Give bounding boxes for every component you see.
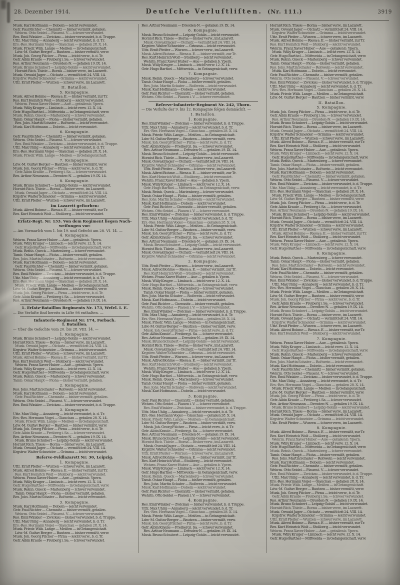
entry-block: Res. Johs. Martin Schäfer — Roßwein — le…: [13, 388, 137, 407]
entry-line: Gefr. Paul Richter — Chemnitz — bisher v…: [13, 396, 137, 400]
section-heading: II. Bataillon.: [13, 86, 137, 90]
regiment-header-line: Reſerve-Feldlazarett Nr. 30, Leipzig.: [13, 455, 137, 459]
section-heading: 1. Kompagnie.: [142, 118, 266, 122]
entry-line: Wehrm. Otto Seidel — Plauen i. V. — ſchw…: [13, 32, 137, 36]
entry-line: Musk. Joh. Georg Fiſcher — Pirna — leich…: [142, 141, 266, 145]
regiment-header: Infanterie-Regiment Nr. 174, Forbach.I. …: [13, 318, 137, 327]
entry-block: Musk. Alfred Böhme — Riesa a. E. — bishe…: [13, 95, 137, 129]
entry-line: Gefr. Hugo Barthel — Mittweida — in Gefa…: [270, 247, 394, 251]
entry-line: Musk. Reinh. Queck — Marienberg — ſchwer…: [13, 114, 137, 118]
section-heading: 7. Kompagnie.: [13, 158, 137, 162]
entry-line: Gefr. Albin Krauſe — Freiberg i. Sa. — ſ…: [270, 398, 394, 402]
page-header: 28. Dezember 1914. Deutſche Verluſtliſte…: [14, 8, 392, 16]
entry-line: Gefr. Albin Krauſe — Freiberg i. Sa. — ſ…: [142, 429, 266, 433]
entry-line: Res. Kurt Heinrich Wolf — Stollberg — le…: [13, 473, 137, 477]
entry-line: Res. Emil Winkler — Zwickau — bisher ver…: [270, 472, 394, 476]
entry-line: Gefr. Albin Krauſe — Freiberg i. Sa. — ſ…: [270, 495, 394, 499]
entry-line: Res. Johs. Martin Schäfer — Roßwein — le…: [270, 66, 394, 70]
remark-line: — Am Vormarſch vom 1. bis 19. und Gefech…: [13, 229, 137, 233]
scan-speck: [1, 0, 6, 9]
entry-line: Musk. Joh. Georg Fiſcher — Pirna — leich…: [13, 535, 137, 539]
entry-block: Musk. Alfred Böhme — Riesa a. E. — bishe…: [270, 431, 394, 541]
entry-line: Ers.-Res. Hermann Vogel — Glauchau — gef…: [142, 130, 266, 134]
entry-block: Musk. Bruno Schubert — Leipzig-Gohlis — …: [13, 337, 137, 383]
section-heading: 7. Kompagnie.: [270, 337, 394, 341]
entry-line: Hornist Rich. Thiele — Borna — bisher ve…: [142, 441, 266, 445]
entry-line: Musk. Bruno Schubert — Leipzig-Gohlis — …: [142, 533, 266, 537]
content-scaler: 28. Dezember 1914. Deutſche Verluſtliſte…: [0, 0, 400, 585]
section-heading: 6. Kompagnie.: [13, 130, 137, 134]
regiment-header: Reſerve-Feldlazarett Nr. 30, Leipzig.: [13, 455, 137, 459]
entry-block: Musk. Karl Hoffmann — Döbeln — leicht ve…: [13, 505, 137, 543]
entry-line: Res. Kurt Heinrich Wolf — Stollberg — le…: [142, 363, 266, 367]
entry-block: Musk. Bruno Schubert — Leipzig-Gohlis — …: [13, 184, 137, 203]
entry-line: Wehrm. Otto Seidel — Plauen i. V. — ſchw…: [270, 372, 394, 376]
entry-line: Musk. Alfred Böhme — Riesa a. E. — bishe…: [13, 356, 137, 360]
section-heading: 5. Kompagnie.: [13, 91, 137, 95]
publication-title: Deutſche Verluſtliſten.: [146, 8, 263, 16]
entry-line: Musk. Bruno Schubert — Leipzig-Gohlis — …: [13, 66, 137, 70]
entry-line: Res. Johs. Martin Schäfer — Roßwein — le…: [142, 295, 266, 299]
section-heading: II. Bataillon.: [270, 101, 394, 105]
entry-line: Krgsfrw. Walter Schneider — Grimma — lei…: [270, 321, 394, 325]
entry-line: Gefr. Hugo Barthel — Mittweida — in Gefa…: [13, 484, 137, 488]
entry-line: Wehrm. Otto Seidel — Plauen i. V. — ſchw…: [142, 306, 266, 310]
entry-line: Wehrm. Otto Seidel — Plauen i. V. — ſchw…: [13, 512, 137, 516]
regiment-header: Reſerve-Infanterie-Regiment Nr. 242, Tho…: [142, 103, 266, 107]
entry-block: Hornist Rich. Thiele — Borna — bisher ve…: [270, 24, 394, 100]
entry-line: Musk. Alfred Böhme — Riesa a. E. — bishe…: [270, 232, 394, 236]
remark-line: — Die Verluſte ſind bereits in Liſte 98 …: [13, 311, 137, 315]
entry-block: Musk. Reinh. Queck — Marienberg — ſchwer…: [270, 256, 394, 336]
entry-line: Gefr. Albin Krauſe — Freiberg i. Sa. — ſ…: [13, 539, 137, 543]
section-heading: 4. Kompagnie.: [142, 498, 266, 502]
entry-line: Musk. Oswald Jäger — Oſchatz — vermißt ſ…: [13, 191, 137, 195]
entry-line: Gefr. Hugo Barthel — Mittweida — in Gefa…: [142, 374, 266, 378]
section-heading: 7. Kompagnie.: [142, 72, 266, 76]
entry-line: Res. Emil Winkler — Zwickau — bisher ver…: [270, 81, 394, 85]
entry-line: Wehrm. Franz Xaver Huber — Aue — gefalle…: [142, 463, 266, 467]
entry-line: Musk. Bruno Schubert — Leipzig-Gohlis — …: [142, 152, 266, 156]
entry-block: Uffz. Max Uhlig — Annaberg — leicht verw…: [13, 413, 137, 455]
entry-line: Musk. Friedr. Wilh. Lange — Meißen — in …: [142, 418, 266, 422]
entry-line: Musk. Alfred Böhme — Riesa a. E. — bishe…: [270, 141, 394, 145]
regiment-header: Im Lazarett geſtorben:: [13, 204, 137, 208]
entry-line: Musk. Karl Hoffmann — Döbeln — leicht ve…: [13, 126, 137, 130]
entry-line: Gefr. Hugo Barthel — Mittweida — in Gefa…: [270, 537, 394, 541]
section-heading: 2. Kompagnie.: [142, 260, 266, 264]
entry-line: Res. Johs. Martin Schäfer — Roßwein — le…: [142, 84, 266, 88]
entry-line: Musk. Joh. Georg Fiſcher — Pirna — leich…: [142, 522, 266, 526]
entry-line: Res. Kurt Heinrich Wolf — Stollberg — le…: [142, 272, 266, 276]
entry-line: Musk. Joh. Georg Fiſcher — Pirna — leich…: [13, 54, 137, 58]
entry-line: Wehrm. Otto Seidel — Plauen i. V. — ſchw…: [142, 96, 266, 100]
section-rule: [20, 317, 130, 318]
section-heading: 2. Kompagnie.: [13, 383, 137, 387]
regiment-header-line: Reſerve-Infanterie-Regiment Nr. 242, Tho…: [142, 103, 266, 107]
entry-block: Ldw.-M. Guſtav Berger — Bautzen — bisher…: [13, 163, 137, 178]
section-heading: 6. Kompagnie.: [270, 252, 394, 256]
entry-line: Musk. Karl Hoffmann — Döbeln — leicht ve…: [142, 390, 266, 394]
entry-line: Musk. Karl Hoffmann — Döbeln — leicht ve…: [270, 461, 394, 465]
remark-line: — Über die Gefechte vom 20. bis 28. VIII…: [13, 328, 137, 332]
column-layout: Musk. Karl Hoffmann — Döbeln — leicht ve…: [13, 24, 395, 553]
entry-line: Hornist Rich. Thiele — Borna — bisher ve…: [270, 506, 394, 510]
column-middle: Res. Arthur Neumann — Dresden-N. — gefal…: [138, 24, 267, 553]
entry-line: Res. Kurt Heinrich Wolf — Stollberg — le…: [270, 332, 394, 336]
entry-line: Gefr. Hugo Barthel — Mittweida — in Gefa…: [270, 349, 394, 353]
entry-line: Musk. Joh. Georg Fiſcher — Pirna — leich…: [142, 232, 266, 236]
entry-line: Musk. Oswald Jäger — Oſchatz — vermißt ſ…: [270, 129, 394, 133]
section-rule: [149, 101, 259, 102]
entry-line: Wehrm. Franz Xaver Huber — Aue — gefalle…: [270, 529, 394, 533]
section-heading: 8. Kompagnie.: [270, 426, 394, 430]
entry-line: Krgsfrw. Walter Schneider — Grimma — lei…: [142, 352, 266, 356]
section-heading: 8. Kompagnie.: [13, 179, 137, 183]
regiment-header: Erſatz-Regt. Nr. 133. Von dem Regiment l…: [13, 220, 137, 229]
entry-block: Musk. Reinh. Queck — Marienberg — ſchwer…: [142, 77, 266, 100]
entry-line: Krgsfrw. Walter Schneider — Grimma — lei…: [13, 451, 137, 455]
entry-line: Uffz. Ernſt Pfeifer — Wurzen — ſchwer ve…: [270, 518, 394, 522]
entry-line: Musk. Willy Krüger — Limbach — leicht ve…: [142, 64, 266, 68]
entry-line: Uffz. Ernſt Pfeifer — Wurzen — ſchwer ve…: [13, 81, 137, 85]
section-heading: 1. Kompagnie.: [13, 461, 137, 465]
entry-line: Ers.-Res. Hermann Vogel — Glauchau — gef…: [142, 511, 266, 515]
entry-line: Wehrm. Franz Xaver Huber — Aue — gefalle…: [13, 103, 137, 107]
entry-line: Ers.-Res. Hermann Vogel — Glauchau — gef…: [270, 383, 394, 387]
regiment-header-line: weiſungen vor:: [13, 224, 137, 228]
entry-line: Musk. Alfred Böhme — Riesa a. E. — bishe…: [142, 456, 266, 460]
entry-block: Musk. Joh. Georg Fiſcher — Pirna — leich…: [270, 110, 394, 250]
entry-line: Res. Johs. Martin Schäfer — Roßwein — le…: [142, 386, 266, 390]
entry-line: Wehrm. Otto Seidel — Plauen i. V. — ſchw…: [270, 275, 394, 279]
entry-line: Res. Johs. Martin Schäfer — Roßwein — le…: [13, 496, 137, 500]
entry-line: Musk. Willy Krüger — Limbach — leicht ve…: [270, 152, 394, 156]
page-number: 3919: [378, 9, 392, 15]
section-heading: 1. Kompagnie.: [13, 332, 137, 336]
entry-line: Ldw.-M. Guſtav Berger — Bautzen — bisher…: [270, 198, 394, 202]
entry-block: Uffz. Ernſt Pfeifer — Wurzen — ſchwer ve…: [13, 465, 137, 499]
entry-line: Wehrm. Otto Seidel — Plauen i. V. — ſchw…: [142, 209, 266, 213]
entry-line: Ers.-Res. Hermann Vogel — Glauchau — gef…: [13, 43, 137, 47]
entry-line: Musk. Friedr. Wilh. Lange — Meißen — in …: [13, 154, 137, 158]
entry-line: Ers.-Res. Hermann Vogel — Glauchau — gef…: [270, 287, 394, 291]
entry-line: Musk. Alfred Böhme — Riesa a. E. — bishe…: [142, 52, 266, 56]
entry-line: Musk. Oswald Jäger — Oſchatz — vermißt ſ…: [270, 220, 394, 224]
regiment-header-line: I. Bataillon.: [13, 323, 137, 327]
section-heading: 4. Kompagnie.: [13, 234, 137, 238]
entry-line: Musk. Oswald Jäger — Oſchatz — vermißt ſ…: [142, 41, 266, 45]
regiment-header-line: Im Lazarett geſtorben:: [13, 204, 137, 208]
entry-line: Musk. Oswald Jäger — Oſchatz — vermißt ſ…: [13, 345, 137, 349]
entry-block: Res. Emil Winkler — Zwickau — bisher ver…: [142, 122, 266, 259]
entry-line: Res. Kurt Heinrich Wolf — Stollberg — le…: [13, 213, 137, 217]
entry-line: Res. Emil Winkler — Zwickau — bisher ver…: [13, 142, 137, 146]
entry-line: Gefr. Albin Krauſe — Freiberg i. Sa. — ſ…: [13, 171, 137, 175]
entry-line: Res. Kurt Heinrich Wolf — Stollberg — le…: [270, 43, 394, 47]
entry-line: Krgsfrw. Walter Schneider — Grimma — lei…: [142, 164, 266, 168]
entry-line: Hornist Rich. Thiele — Borna — bisher ve…: [270, 313, 394, 317]
entry-line: Uffz. Ernſt Pfeifer — Wurzen — ſchwer ve…: [270, 421, 394, 425]
entry-line: Ers.-Res. Hermann Vogel — Glauchau — gef…: [13, 524, 137, 528]
entry-line: Res. Johs. Martin Schäfer — Roßwein — le…: [142, 198, 266, 202]
entry-line: Gefr. Albin Krauſe — Freiberg i. Sa. — ſ…: [13, 432, 137, 436]
entry-block: Musk. Bruno Schubert — Leipzig-Gohlis — …: [142, 33, 266, 71]
regiment-header-line: 1. Erſatz-Bataillon Regiments Nr. 173, W…: [13, 306, 137, 310]
header-date: 28. Dezember 1914.: [14, 9, 71, 15]
entry-block: Wehrm. Franz Xaver Huber — Aue — gefalle…: [270, 342, 394, 426]
header-rule: [14, 21, 389, 22]
entry-line: Krgsfrw. Walter Schneider — Grimma — lei…: [142, 255, 266, 259]
entry-line: Res. Arthur Neumann — Dresden-N. — gefal…: [13, 299, 137, 303]
entry-block: Gefr. Paul Richter — Chemnitz — bisher v…: [142, 399, 266, 498]
entry-line: Gefr. Hugo Barthel — Mittweida — in Gefa…: [142, 187, 266, 191]
entry-line: Gefr. Hugo Barthel — Mittweida — in Gefa…: [142, 283, 266, 287]
column-right: Hornist Rich. Thiele — Borna — bisher ve…: [267, 24, 396, 553]
entry-line: Gefr. Hugo Barthel — Mittweida — in Gefa…: [270, 54, 394, 58]
entry-line: Res. Arthur Neumann — Dresden-N. — gefal…: [270, 209, 394, 213]
issue-number: (Nr. 111.): [268, 9, 303, 16]
entry-line: Ldw.-M. Guſtav Berger — Bautzen — bisher…: [270, 96, 394, 100]
entry-line: Ers.-Res. Hermann Vogel — Glauchau — gef…: [270, 89, 394, 93]
entry-line: Uffz. Max Uhlig — Annaberg — leicht verw…: [270, 186, 394, 190]
header-title-group: Deutſche Verluſtliſten. (Nr. 111.): [146, 8, 303, 16]
entry-line: Gefr. Hugo Barthel — Mittweida — in Gefa…: [13, 246, 137, 250]
entry-line: Krgsfrw. Walter Schneider — Grimma — lei…: [270, 32, 394, 36]
section-heading: 5. Kompagnie.: [270, 106, 394, 110]
section-heading: 6. Kompagnie.: [142, 29, 266, 33]
regiment-header: 1. Erſatz-Bataillon Regiments Nr. 173, W…: [13, 306, 137, 310]
section-heading: I. Bataillon.: [142, 113, 266, 117]
entry-line: Musk. Reinh. Queck — Marienberg — ſchwer…: [142, 475, 266, 479]
scan-smudge: [7, 2, 10, 23]
entry-line: Musk. Bruno Schubert — Leipzig-Gohlis — …: [270, 406, 394, 410]
entry-line: Res. Emil Winkler — Zwickau — bisher ver…: [142, 406, 266, 410]
entry-block: Uffz. Ernſt Pfeifer — Wurzen — ſchwer ve…: [142, 264, 266, 393]
entry-line: Ers.-Res. Hermann Vogel — Glauchau — gef…: [142, 221, 266, 225]
entry-block: Musk. Karl Hoffmann — Döbeln — leicht ve…: [13, 24, 137, 85]
section-heading: 3. Kompagnie.: [13, 500, 137, 504]
entry-block: Res. Emil Winkler — Zwickau — bisher ver…: [142, 503, 266, 537]
entry-line: Res. Johs. Martin Schäfer — Roßwein — le…: [270, 167, 394, 171]
entry-line: Musk. Friedr. Wilh. Lange — Meißen — in …: [13, 420, 137, 424]
entry-line: Musk. Willy Krüger — Limbach — leicht ve…: [13, 367, 137, 371]
section-heading: 3. Kompagnie.: [142, 394, 266, 398]
entry-line: Gefr. Paul Richter — Chemnitz — bisher v…: [270, 175, 394, 179]
entry-line: Ldw.-M. Guſtav Berger — Bautzen — bisher…: [270, 488, 394, 492]
section-heading: 3. Kompagnie.: [13, 408, 137, 412]
entry-line: Musk. Bruno Schubert — Leipzig-Gohlis — …: [142, 244, 266, 248]
entry-line: Hornist Rich. Thiele — Borna — bisher ve…: [13, 443, 137, 447]
newspaper-page: 28. Dezember 1914. Deutſche Verluſtliſte…: [0, 0, 400, 585]
entry-line: Uffz. Ernſt Pfeifer — Wurzen — ſchwer ve…: [13, 199, 137, 203]
entry-block: Musk. Alfred Böhme — Riesa a. E. — bishe…: [13, 209, 137, 217]
entry-line: Musk. Bruno Schubert — Leipzig-Gohlis — …: [142, 340, 266, 344]
entry-line: Musk. Karl Hoffmann — Döbeln — leicht ve…: [142, 486, 266, 490]
entry-block: Gefr. Paul Richter — Chemnitz — bisher v…: [13, 135, 137, 158]
entry-line: Res. Johs. Martin Schäfer — Roßwein — le…: [13, 257, 137, 261]
entry-line: Wehrm. Franz Xaver Huber — Aue — gefalle…: [270, 438, 394, 442]
entry-line: Res. Johs. Martin Schäfer — Roßwein — le…: [270, 264, 394, 268]
entry-line: Musk. Joh. Georg Fiſcher — Pirna — leich…: [270, 298, 394, 302]
entry-line: Tamb. Oskar Haupt — Flöha — bisher vermi…: [13, 379, 137, 383]
entry-line: Musk. Reinh. Queck — Marienberg — ſchwer…: [270, 450, 394, 454]
entry-line: Musk. Friedr. Wilh. Lange — Meißen — in …: [142, 321, 266, 325]
entry-line: Res. Arthur Neumann — Dresden-N. — gefal…: [270, 118, 394, 122]
remark-line: — Die Verluſte der 9. bis 12. Kompagnie …: [142, 108, 266, 112]
entry-line: Res. Emil Winkler — Zwickau — bisher ver…: [13, 403, 137, 407]
entry-line: Krgsfrw. Walter Schneider — Grimma — lei…: [270, 417, 394, 421]
entry-line: Wehrm. Otto Seidel — Plauen i. V. — ſchw…: [13, 269, 137, 273]
entry-line: Res. Johs. Martin Schäfer — Roßwein — le…: [270, 361, 394, 365]
entry-line: Wehrm. Franz Xaver Huber — Aue — gefalle…: [142, 179, 266, 183]
entry-line: Musk. Joh. Georg Fiſcher — Pirna — leich…: [142, 329, 266, 333]
